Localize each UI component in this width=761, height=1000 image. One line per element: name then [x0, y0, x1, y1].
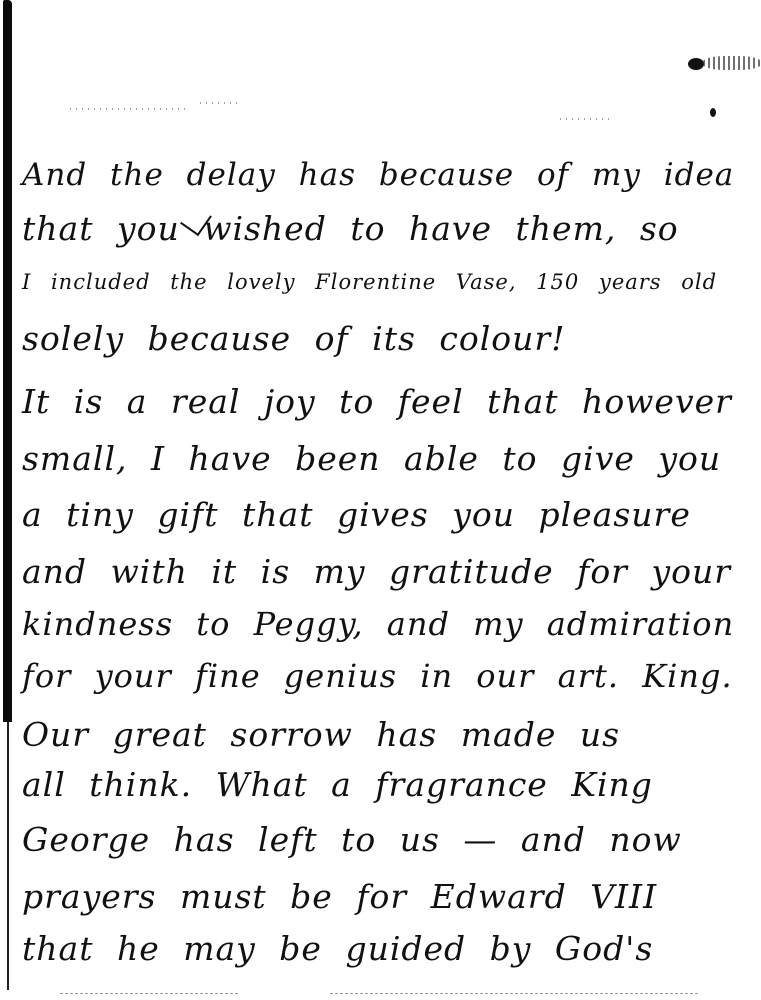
letter-line-12: all think. What a fragrance King — [22, 768, 653, 801]
scan-speckle — [560, 118, 610, 120]
letter-line-9: kindness to Peggy, and my admiration — [22, 608, 734, 640]
letter-line-11: Our great sorrow has made us — [22, 718, 620, 751]
ink-smear — [703, 56, 761, 70]
ink-blot — [688, 58, 704, 70]
letter-line-5: It is a real joy to feel that however — [22, 385, 732, 418]
letter-line-13: George has left to us — and now — [22, 823, 682, 856]
letter-line-2: that you wished to have them, so — [22, 212, 679, 245]
scan-speckle — [70, 108, 190, 110]
letter-line-1: And the delay has because of my idea — [22, 160, 734, 191]
letter-line-6: small, I have been able to give you — [22, 442, 721, 475]
letter-page: And the delay has because of my idea tha… — [0, 0, 761, 1000]
scan-speckle — [200, 102, 240, 104]
letter-line-14: prayers must be for Edward VIII — [22, 880, 657, 913]
letter-line-15: that he may be guided by God's — [22, 932, 653, 965]
scan-bottom-edge — [330, 993, 700, 994]
letter-line-3: I included the lovely Florentine Vase, 1… — [22, 272, 717, 293]
letter-line-4: solely because of its colour! — [22, 322, 565, 355]
page-edge-line — [7, 722, 9, 990]
letter-line-8: and with it is my gratitude for your — [22, 555, 731, 588]
letter-line-7: a tiny gift that gives you pleasure — [22, 498, 691, 531]
binding-edge-shadow — [3, 0, 12, 722]
ink-dot — [710, 108, 716, 117]
letter-line-3-main: I included the lovely Florentine Vase, 1… — [22, 270, 717, 294]
letter-line-10: for your fine genius in our art. King. — [22, 660, 733, 692]
scan-bottom-edge — [60, 993, 240, 994]
